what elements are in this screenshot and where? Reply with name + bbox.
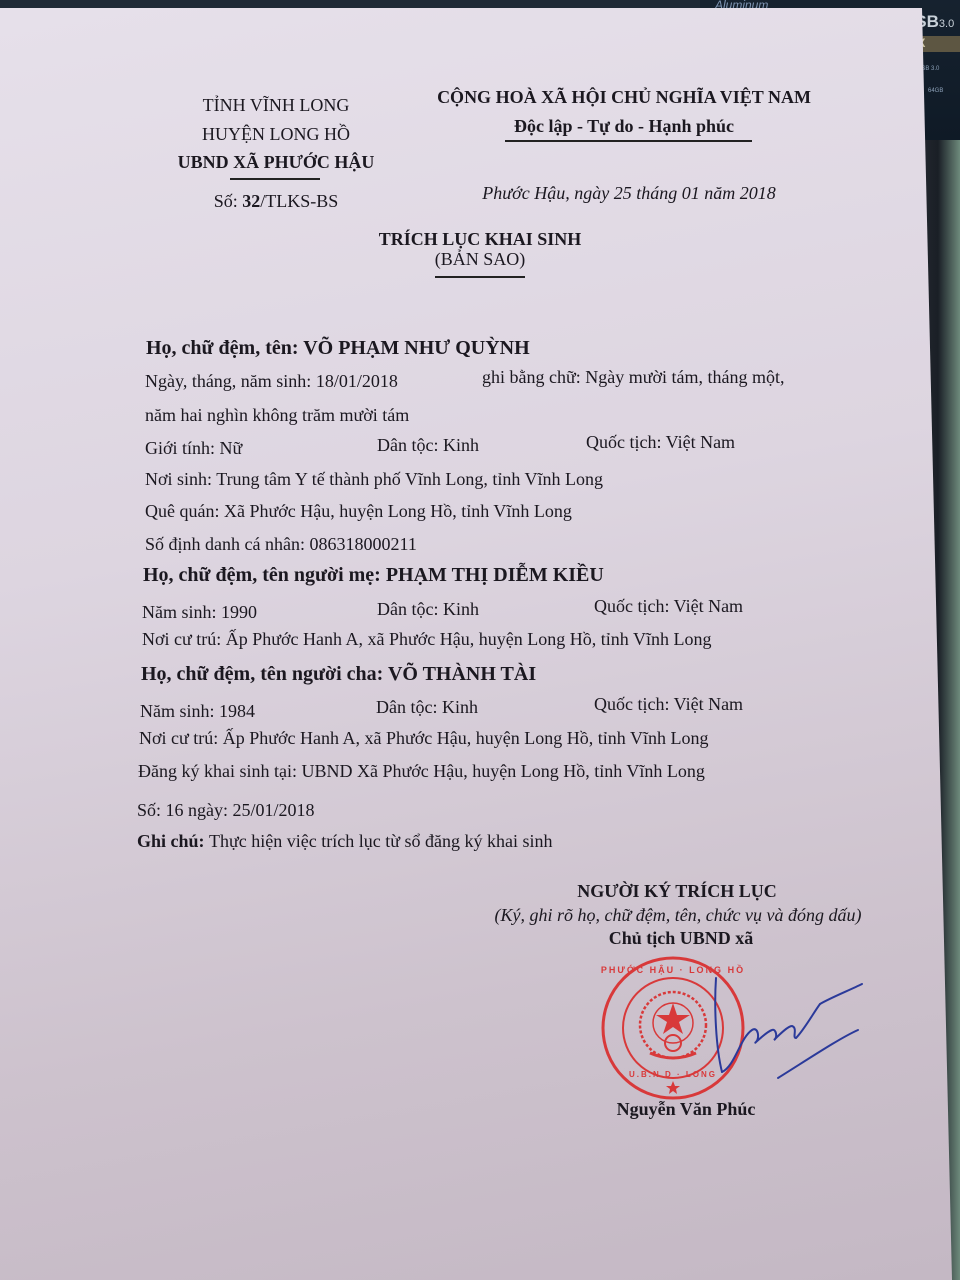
child-hometown: Quê quán: Xã Phước Hậu, huyện Long Hồ, t…	[145, 502, 572, 520]
signer-name: Nguyễn Văn Phúc	[617, 1100, 756, 1118]
document-paper: TỈNH VĨNH LONG HUYỆN LONG HỒ UBND XÃ PHƯ…	[0, 8, 952, 1280]
child-gender: Giới tính: Nữ	[145, 439, 242, 457]
commune-authority: UBND XÃ PHƯỚC HẬU	[178, 153, 375, 171]
mother-birth-year: Năm sinh: 1990	[142, 603, 257, 621]
child-nationality: Quốc tịch: Việt Nam	[586, 433, 735, 451]
signer-position: Chủ tịch UBND xã	[609, 929, 754, 947]
place-and-date: Phước Hậu, ngày 25 tháng 01 năm 2018	[482, 184, 775, 202]
device-capacity-label: 64GB	[928, 88, 943, 94]
father-residence: Nơi cư trú: Ấp Phước Hanh A, xã Phước Hậ…	[139, 729, 708, 747]
signature-instruction: (Ký, ghi rõ họ, chữ đệm, tên, chức vụ và…	[494, 906, 861, 924]
registration-number-date: Số: 16 ngày: 25/01/2018	[137, 801, 315, 819]
mother-nationality: Quốc tịch: Việt Nam	[594, 597, 743, 615]
child-dob-row: Ngày, tháng, năm sinh: 18/01/2018	[145, 372, 398, 390]
province-name: TỈNH VĨNH LONG	[203, 96, 350, 114]
mother-name-row: Họ, chữ đệm, tên người mẹ: PHẠM THỊ DIỄM…	[143, 565, 604, 585]
registration-note: Ghi chú: Thực hiện việc trích lục từ sổ …	[137, 832, 552, 850]
title-underline	[435, 276, 525, 278]
national-motto: Độc lập - Tự do - Hạnh phúc	[514, 117, 734, 135]
child-birthplace: Nơi sinh: Trung tâm Y tế thành phố Vĩnh …	[145, 470, 603, 488]
father-nationality: Quốc tịch: Việt Nam	[594, 695, 743, 713]
document-number: Số: 32/TLKS-BS	[214, 192, 339, 210]
child-dob-words-line2: năm hai nghìn không trăm mười tám	[145, 406, 409, 424]
signer-heading: NGƯỜI KÝ TRÍCH LỤC	[577, 882, 777, 900]
document-subtitle: (BẢN SAO)	[435, 250, 526, 268]
motto-underline	[505, 140, 752, 142]
child-dob-words: ghi bằng chữ: Ngày mười tám, tháng một,	[482, 368, 785, 386]
document-title: TRÍCH LỤC KHAI SINH	[379, 230, 582, 248]
handwritten-signature-icon	[680, 968, 870, 1088]
father-name-row: Họ, chữ đệm, tên người cha: VÕ THÀNH TÀI	[141, 664, 536, 684]
child-dob: 18/01/2018	[316, 371, 398, 391]
mother-ethnicity: Dân tộc: Kinh	[377, 600, 479, 618]
nation-title: CỘNG HOÀ XÃ HỘI CHỦ NGHĨA VIỆT NAM	[437, 88, 811, 106]
child-name-row: Họ, chữ đệm, tên: VÕ PHẠM NHƯ QUỲNH	[146, 338, 530, 358]
child-personal-id: Số định danh cá nhân: 086318000211	[145, 535, 417, 553]
mother-residence: Nơi cư trú: Ấp Phước Hanh A, xã Phước Hậ…	[142, 630, 711, 648]
commune-underline	[230, 178, 320, 180]
child-ethnicity: Dân tộc: Kinh	[377, 436, 479, 454]
registration-place: Đăng ký khai sinh tại: UBND Xã Phước Hậu…	[138, 762, 705, 780]
district-name: HUYỆN LONG HỒ	[202, 125, 350, 143]
father-birth-year: Năm sinh: 1984	[140, 702, 255, 720]
father-ethnicity: Dân tộc: Kinh	[376, 698, 478, 716]
